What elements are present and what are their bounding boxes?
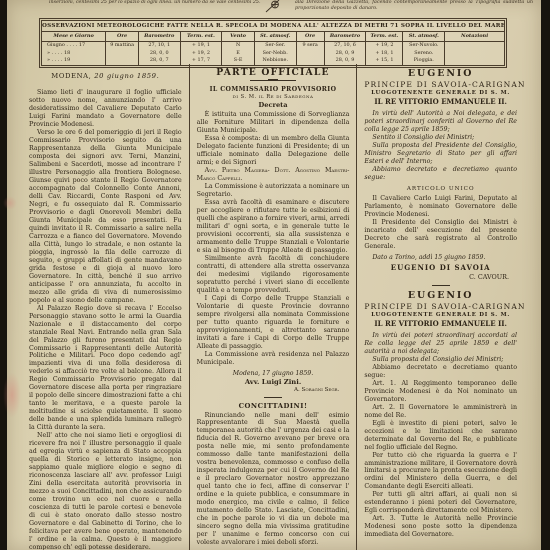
weather-table-cell: » . . . . 18 — [42, 50, 106, 58]
decree-body-a-paragraph: È istituita una Commissione di Sorveglia… — [197, 111, 350, 135]
weather-table-cell: Ser-Nebb. — [254, 50, 296, 58]
decree2-articles-paragraph: Per tutti gli altri affari, ai quali non… — [364, 491, 517, 515]
decree2-preamble: In virtù dei poteri straordinarj accorda… — [364, 332, 517, 364]
decree1-article-heading: ARTICOLO UNICO — [364, 186, 517, 192]
left-article-body-paragraph: Al Palazzo Regio dove si recava l' Eccel… — [29, 305, 182, 433]
section-title: PARTE OFFICIALE — [197, 67, 350, 78]
weather-table-cell: 28, 0, 9 — [324, 50, 366, 58]
decree2-articles: Art. 1. Al Reggimento temporaneo delle P… — [364, 380, 517, 540]
weather-column-header: Barometro — [138, 32, 180, 42]
address-heading: CONCITTADINI! — [197, 402, 350, 410]
weather-column-header: Term. est. — [180, 32, 222, 42]
decree1-articles-paragraph: Il Cavaliere Carlo Luigi Farini, Deputat… — [364, 195, 517, 219]
decree1-king: IL RE VITTORIO EMMANUELE II. — [364, 97, 517, 106]
decree2-articles-paragraph: Art. 2. Il Governatore le amministrerà i… — [364, 404, 517, 420]
weather-table-cell: 27, 10, 1 — [138, 42, 180, 50]
weather-table-cell: Ser-Ser. — [254, 42, 296, 50]
weather-table-cell: N — [222, 42, 255, 50]
weather-table-cell: 28, 0, 0 — [138, 50, 180, 58]
decree-body-b-paragraph: Similmente avrà facoltà di conchiudere c… — [197, 255, 350, 295]
weather-table-row: Giugno . . . . 179 mattina27, 10, 1+ 19,… — [42, 42, 504, 50]
decree2-subtitle: LUOGOTENENTE GENERALE DI S. M. — [364, 312, 517, 318]
decree2-preamble-paragraph: Sulla proposta del Consiglio dei Ministr… — [364, 356, 517, 364]
masthead-right-note: alla Direzione della Gazzetta, facendo c… — [295, 0, 533, 12]
weather-column-header: Notazioni — [445, 32, 504, 42]
decree1-preamble-paragraph: Abbiamo decretato e decretiamo quanto se… — [364, 166, 517, 182]
decree1-preamble-paragraph: Sentito il Consiglio dei Ministri; — [364, 134, 517, 142]
decree-body-b-paragraph: Essa avrà facoltà di esaminare e discute… — [197, 199, 350, 255]
separator-rule — [264, 397, 282, 398]
decree1-preamble-paragraph: Sulla proposta del Presidente del Consig… — [364, 142, 517, 166]
paper-stain — [3, 372, 21, 418]
decree1-articles-paragraph: Il Presidente del Consiglio dei Ministri… — [364, 219, 517, 251]
weather-column-header: Mese e Giorno — [42, 32, 106, 42]
dateline-city: MODENA, — [51, 72, 91, 80]
weather-table-cell — [296, 50, 324, 58]
weather-table-title: OSSERVAZIONI METEOROLOGICHE FATTE NELLA … — [42, 21, 504, 32]
decree-signature: Avv. Luigi Zini. — [197, 378, 350, 386]
weather-table-cell — [106, 50, 139, 58]
separator-rule — [432, 285, 450, 286]
weather-column-header: Vento — [222, 32, 255, 42]
weather-table-row: » . . . . 1828, 0, 0+ 19, 2ESer-Nebb.28,… — [42, 50, 504, 58]
weather-column-header: Ore — [296, 32, 324, 42]
weather-table-cell: 9 mattina — [106, 42, 139, 50]
decree2-title: PRINCIPE DI SAVOIA-CARIGNANO — [364, 302, 517, 311]
masthead-left-note: inserzioni, centesimi 25 per lo spazio d… — [49, 0, 264, 6]
decree2-name: EUGENIO — [364, 290, 517, 301]
weather-table-cell: Ser-Nuvolo. — [403, 42, 445, 50]
dateline: MODENA, 20 giugno 1859. — [29, 72, 182, 80]
weather-column-header: Barometro — [324, 32, 366, 42]
decree1-dateline: Dato a Torino, addì 15 giugno 1859. — [364, 254, 517, 261]
weather-table-cell: 9 sera — [296, 42, 324, 50]
column-right: EUGENIO PRINCIPE DI SAVOIA-CARIGNANO LUO… — [356, 64, 524, 550]
weather-column-header: St. atmosf. — [403, 32, 445, 42]
decree1-preamble: In virtù dell' Autorità a Noi delegata, … — [364, 110, 517, 182]
decree2-articles-paragraph: Per tutto ciò che riguarda la guerra e l… — [364, 452, 517, 492]
decree-body-b-paragraph: La Commissione è autorizzata a nominare … — [197, 183, 350, 199]
weather-table-cell: E — [222, 50, 255, 58]
newspaper-page: inserzioni, centesimi 25 per lo spazio d… — [0, 0, 550, 550]
decree-body-a: È istituita una Commissione di Sorveglia… — [197, 111, 350, 167]
decree2-articles-paragraph: Art. 1. Al Reggimento temporaneo delle P… — [364, 380, 517, 404]
decree-heading: IL COMMISSARIO PROVVISORIO — [197, 86, 350, 93]
address-paragraph: Rinunciando nelle mani dell' esimio Rapp… — [197, 412, 350, 548]
left-article-body-paragraph: Siamo lieti d' inaugurare il foglio uffi… — [29, 89, 182, 129]
weather-table-cell: + 18, 1 — [366, 50, 403, 58]
column-middle: PARTE OFFICIALE IL COMMISSARIO PROVVISOR… — [189, 64, 357, 550]
weather-table-cell — [445, 50, 504, 58]
decree1-preamble-paragraph: In virtù dell' Autorità a Noi delegata, … — [364, 110, 517, 134]
decree1-signature: EUGENIO DI SAVOIA — [364, 263, 517, 272]
dateline-date: 20 giugno 1859. — [94, 72, 159, 80]
decreta-heading: Decreta — [197, 101, 350, 109]
paper-sheet: inserzioni, centesimi 25 per lo spazio d… — [7, 0, 541, 550]
column-left: MODENA, 20 giugno 1859. Siamo lieti d' i… — [22, 64, 189, 550]
weather-table: OSSERVAZIONI METEOROLOGICHE FATTE NELLA … — [41, 20, 505, 66]
weather-table-cell — [445, 42, 504, 50]
decree-subheading: di S. M. il Re di Sardegna — [197, 94, 350, 100]
weather-table-cell: Sereno. — [403, 50, 445, 58]
decree-dateline: Modena, 17 giugno 1859. — [197, 370, 350, 377]
left-article-body-paragraph: Nell' atto che noi siamo lieti e orgogli… — [29, 432, 182, 550]
decree1-countersignature: C. CAVOUR. — [364, 273, 517, 281]
decree-body-b: La Commissione è autorizzata a nominare … — [197, 183, 350, 367]
weather-table-grid: Mese e GiornoOreBarometroTerm. est.Vento… — [42, 32, 504, 65]
decree1-subtitle: LUOGOTENENTE GENERALE DI S. M. — [364, 90, 517, 96]
commission-members: Avv. Pietro Magiera- Dott. Agostino Maes… — [197, 167, 350, 183]
decree1-name: EUGENIO — [364, 68, 517, 79]
weather-column-header: Term. est. — [366, 32, 403, 42]
weather-table-cell: 27, 10, 6 — [324, 42, 366, 50]
masthead-ornament-icon — [265, 0, 283, 17]
decree2-preamble-paragraph: In virtù dei poteri straordinarj accorda… — [364, 332, 517, 356]
decree2-articles-paragraph: Art. 3. Tutte le Autorità nelle Provinci… — [364, 515, 517, 539]
weather-table-cell: + 19, 2 — [366, 42, 403, 50]
article-columns: MODENA, 20 giugno 1859. Siamo lieti d' i… — [22, 64, 524, 550]
left-article-body-paragraph: Verso le ore 6 del pomeriggio di jeri il… — [29, 129, 182, 305]
weather-column-header: St. atmosf. — [254, 32, 296, 42]
decree-body-a-paragraph: Essa è composta: di un membro della Giun… — [197, 135, 350, 167]
secretary-signature: A. Soragni Segr. — [197, 387, 350, 393]
weather-table-cell: Giugno . . . . 17 — [42, 42, 106, 50]
ornamental-rule — [250, 80, 296, 83]
decree2-king: IL RE VITTORIO EMMANUELE II. — [364, 319, 517, 328]
weather-table-cell: + 19, 1 — [180, 42, 222, 50]
weather-column-header: Ore — [106, 32, 139, 42]
decree2-decree-line: Abbiamo decretato e decretiamo quanto se… — [364, 364, 517, 380]
weather-table-cell: + 19, 2 — [180, 50, 222, 58]
decree1-articles: Il Cavaliere Carlo Luigi Farini, Deputat… — [364, 195, 517, 251]
decree2-articles-paragraph: Egli è investito di pieni poteri, salvo … — [364, 420, 517, 452]
decree1-title: PRINCIPE DI SAVOIA-CARIGNANO — [364, 80, 517, 89]
decree-body-b-paragraph: La Commissione avrà residenza nel Palazz… — [197, 351, 350, 367]
paper-stain — [3, 196, 17, 210]
left-article-body: Siamo lieti d' inaugurare il foglio uffi… — [29, 89, 182, 550]
decree-body-b-paragraph: I Capi di Corpo delle Truppe Stanziali e… — [197, 295, 350, 351]
